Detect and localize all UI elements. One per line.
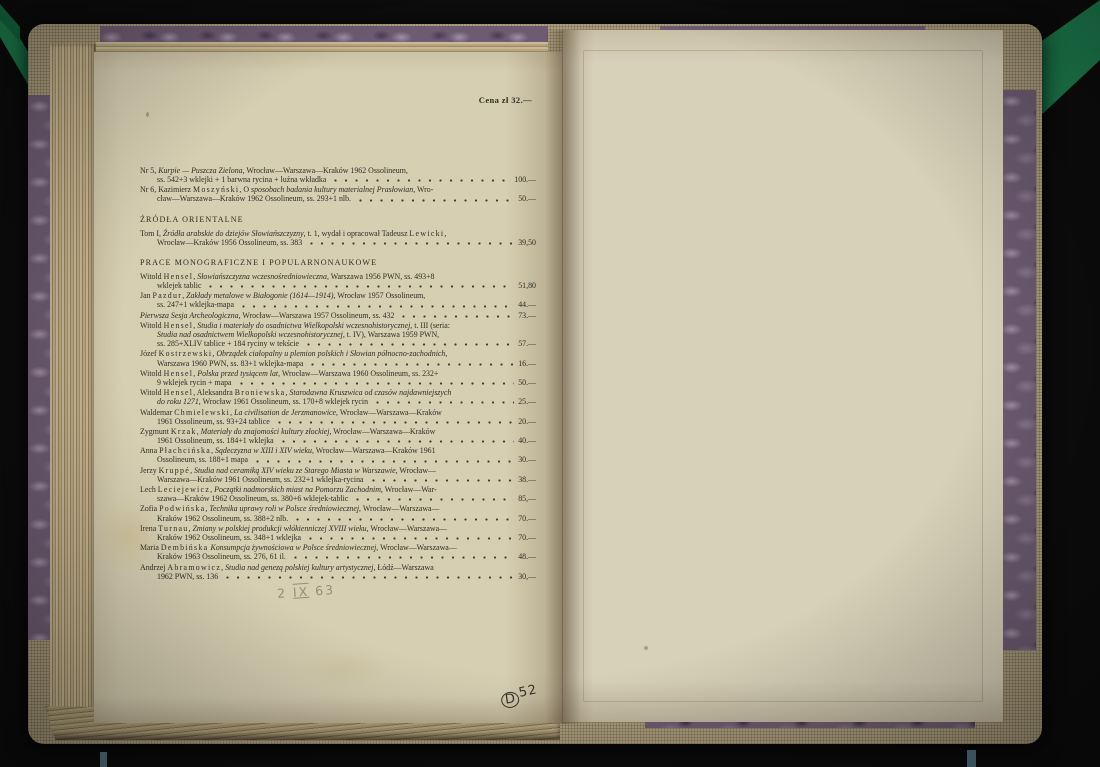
entry-text: Jan [140,291,153,300]
entry-price-line: Kraków 1962 Ossolineum, ss. 348+1 wklejk… [140,533,536,542]
entry-text: Witold [140,321,164,330]
entry-price-line: 1961 Ossolineum, ss. 93+24 tablice20.— [140,417,536,426]
inventory-letter-circled: D [500,691,520,709]
work-title-text: Starodawna Kruszwica od czasów najdawnie… [289,388,451,397]
right-cover-marbled-edge [1000,90,1036,650]
photo-backdrop: Cena zł 32.— Nr 5, Kurpie — Puszcza Ziel… [0,0,1100,767]
foxing-speck [644,646,648,650]
dot-leader [240,382,515,385]
foxing-speck [146,112,149,117]
dot-leader [278,421,515,424]
entry-text: , t. 1, wydał i opracował Tadeusz [304,229,410,238]
entry-line: Witold Hensel, Polska przed tysiącem lat… [140,369,536,378]
entry-text: Broniewska [235,388,286,397]
entry-text: Ossolineum, ss. 188+1 mapa [157,455,248,464]
entry-text: Jerzy [140,466,159,475]
entry-text: , Wro- [413,185,433,194]
price-value: 57.— [518,339,536,348]
entry-text: Hensel [164,321,194,330]
dot-leader [209,285,514,288]
catalog-entry: Witold Hensel, Słowiańszczyzna wczesnośr… [140,272,536,290]
entry-text: , Wrocław—Warszawa—Kraków 1961 [312,446,436,455]
entry-price-line: 1962 PWN, ss. 13630,— [140,572,536,581]
price-value: 44.— [518,300,536,309]
entry-text: , Wrocław—Warszawa— [367,524,447,533]
entry-text: Hensel [164,388,194,397]
entry-text: Abramowicz [167,563,221,572]
entry-price-line: Warszawa 1960 PWN, ss. 83+1 wklejka-mapa… [140,359,536,368]
entry-text: Leciejewicz [158,485,210,494]
entry-text: Nr 5, [140,166,158,175]
entry-line: Anna Płachcińska, Sądeczyzna w XIII i XI… [140,446,536,455]
work-title-text: Materiały do znajomości kultury złockiej [201,427,330,436]
entry-line: Jan Pazdur, Zakłady metalowe w Białogoni… [140,291,536,300]
price-value: 100.— [514,175,536,184]
entry-text: ss. 542+3 wklejki + 1 barwna rycina + lu… [157,175,326,184]
price-value: 51,80 [518,281,536,290]
catalog-entry: Irena Turnau, Zmiany w polskiej produkcj… [140,524,536,542]
price-value: 39,50 [518,238,536,247]
dot-leader [242,305,514,308]
entry-text: , Wrocław—Warszawa—Kraków [330,427,436,436]
work-title-text: Źródła arabskie do dziejów Słowiańszczyz… [163,229,304,238]
entry-text: , Wrocław—Warszawa 1960 Ossolineum, ss. … [278,369,438,378]
dot-leader [307,343,514,346]
entry-line: Studia nad osadnictwem Wielkopolski wcze… [140,330,536,339]
entry-text: , [444,229,446,238]
entry-text: Hensel [164,369,194,378]
work-title-text: do roku 1271 [157,397,199,406]
entry-line: Zofia Podwińska, Technika uprawy roli w … [140,504,536,513]
work-title-text: Sądeczyzna w XIII i XIV wieku [215,446,312,455]
dot-leader [226,576,514,579]
entry-price-line: ss. 285+XLIV tablice + 184 ryciny w tekś… [140,339,536,348]
mounting-tab-right [967,750,976,767]
entry-text: Turnau [158,524,188,533]
catalog-entry: Zofia Podwińska, Technika uprawy roli w … [140,504,536,522]
dot-leader [294,556,514,559]
catalog-entry: Lech Leciejewicz, Początki nadmorskich m… [140,485,536,503]
entry-text: Płachcińska [159,446,211,455]
entry-text: Kraków 1962 Ossolineum, ss. 388+2 nlb. [157,514,288,523]
price-value: 30,— [518,572,536,581]
right-page-endpaper [563,30,1003,722]
entry-text: Anna [140,446,159,455]
work-title-text: Studia nad ceramiką XIV wieku ze Starego… [194,466,396,475]
price-value: 30.— [518,455,536,464]
entry-price-line: Wrocław—Kraków 1956 Ossolineum, ss. 3833… [140,238,536,247]
entry-price-line: do roku 1271, Wrocław 1961 Ossolineum, s… [140,397,536,406]
work-title-text: Zmiany w polskiej produkcji włókiennicze… [192,524,366,533]
entry-text: Józef [140,349,159,358]
entry-text: ss. 285+XLIV tablice + 184 ryciny w tekś… [157,339,299,348]
catalog-entry: Pierwsza Sesja Archeologiczna, Wrocław—W… [140,311,536,320]
catalog-entry: Anna Płachcińska, Sądeczyzna w XIII i XI… [140,446,536,464]
entry-price-line: ss. 542+3 wklejki + 1 barwna rycina + lu… [140,175,536,184]
entry-text: , Łódź—Warszawa [373,563,433,572]
entry-text: Warszawa—Kraków 1961 Ossolineum, ss. 232… [157,475,364,484]
date-day: 2 [277,585,288,601]
entry-text: , Aleksandra [193,388,234,397]
price-value: 16.— [518,359,536,368]
cover-price-note: Cena zł 32.— [140,95,532,105]
entry-text: , O [239,185,251,194]
entry-text: , Wrocław 1957 Ossolineum, [333,291,425,300]
price-value: 50.— [518,194,536,203]
entry-line: Tom I, Źródła arabskie do dziejów Słowia… [140,229,536,238]
entry-text: wklejek tablic [157,281,201,290]
work-title-text: Polska przed tysiącem lat [197,369,278,378]
entry-price-line: Warszawa—Kraków 1961 Ossolineum, ss. 232… [140,475,536,484]
entry-line: Nr 6, Kazimierz Moszyński, O sposobach b… [140,185,536,194]
dot-leader [311,363,514,366]
catalog-entry: Witold Hensel, Polska przed tysiącem lat… [140,369,536,387]
price-value: 48.— [518,552,536,561]
catalog-entry: Jerzy Kruppé, Studia nad ceramiką XIV wi… [140,466,536,484]
entry-text: , Wrocław—Warszawa—Kraków [336,408,442,417]
work-title-text: Zakłady metalowe w Białogonie (1614—1914… [186,291,333,300]
entry-price-line: wklejek tablic51,80 [140,281,536,290]
entry-text: ss. 247+1 wklejka-mapa [157,300,234,309]
price-value: 70.— [518,533,536,542]
entry-text: Witold [140,369,164,378]
price-value: 20.— [518,417,536,426]
price-value: 73.— [518,311,536,320]
entry-text: 1961 Ossolineum, ss. 184+1 wklejka [157,436,274,445]
work-title-text: Pierwsza Sesja Archeologiczna [140,311,239,320]
entry-text: Kraków 1962 Ossolineum, ss. 348+1 wklejk… [157,533,301,542]
entry-text: , t. IV), Warszawa 1959 PWN, [343,330,439,339]
page-stack-fore-edge [50,44,96,722]
dot-leader [296,518,514,521]
work-title-text: Kurpie — Puszcza Zielona [158,166,242,175]
date-month-roman: IX [292,584,309,600]
entry-line: Józef Kostrzewski, Obrządek ciałopalny u… [140,349,536,358]
entry-price-line: szawa—Kraków 1962 Ossolineum, ss. 380+6 … [140,494,536,503]
entry-line: Maria Dembińska Konsumpcja żywnościowa w… [140,543,536,552]
entry-text: , Wrocław—Warszawa—Kraków 1962 Ossolineu… [243,166,408,175]
catalog-entry: Nr 6, Kazimierz Moszyński, O sposobach b… [140,185,536,203]
catalog-entry: Tom I, Źródła arabskie do dziejów Słowia… [140,229,536,247]
entry-text: 9 wklejek rycin + mapa [157,378,232,387]
work-title-text: Początki nadmorskich miast na Pomorzu Za… [214,485,381,494]
work-title-text: Technika uprawy roli w Polsce średniowie… [209,504,359,513]
entry-line: Irena Turnau, Zmiany w polskiej produkcj… [140,524,536,533]
entry-text: Lewicki [409,229,444,238]
paper-stain [300,648,390,688]
entry-text: Waldemar [140,408,174,417]
work-title-text: Studia nad genezą polskiej kultury artys… [225,563,373,572]
entry-text: Dembińska [161,543,209,552]
entry-text: Witold [140,272,164,281]
entry-text: Pazdur [153,291,183,300]
entry-line: Andrzej Abramowicz, Studia nad genezą po… [140,563,536,572]
dot-leader [372,479,515,482]
catalog-entry: Jan Pazdur, Zakłady metalowe w Białogoni… [140,291,536,309]
entry-text: , t. III (seria: [410,321,450,330]
entry-text: Kostrzewski [159,349,213,358]
price-value: 25.— [518,397,536,406]
entry-text: , Wrocław—War- [381,485,437,494]
entry-price-line: Kraków 1962 Ossolineum, ss. 388+2 nlb.70… [140,514,536,523]
entry-text: Tom I, [140,229,163,238]
price-value: 38.— [518,475,536,484]
entry-text: szawa—Kraków 1962 Ossolineum, ss. 380+6 … [157,494,348,503]
entry-text: , Wrocław 1961 Ossolineum, ss. 170+8 wkl… [199,397,368,406]
entry-text: Moszyński [193,185,239,194]
dot-leader [359,199,514,202]
entry-text: Nr 6, Kazimierz [140,185,193,194]
left-cover-marbled-edge [28,95,50,640]
endpaper-emboss-border [583,50,983,702]
dot-leader [310,242,514,245]
section-heading: PRACE MONOGRAFICZNE I POPULARNONAUKOWE [140,258,536,267]
entry-text: 1962 PWN, ss. 136 [157,572,218,581]
entry-text: Hensel [164,272,194,281]
entry-text: Krzak [171,427,197,436]
entry-price-line: cław—Warszawa—Kraków 1962 Ossolineum, ss… [140,194,536,203]
entry-text: Zygmunt [140,427,171,436]
entry-text: Warszawa 1960 PWN, ss. 83+1 wklejka-mapa [157,359,303,368]
entry-text: Wrocław—Kraków 1956 Ossolineum, ss. 383 [157,238,302,247]
entry-text: , Wrocław—Warszawa— [376,543,456,552]
catalog-entry: Witold Hensel, Studia i materiały do osa… [140,321,536,348]
dot-leader [356,498,514,501]
book-cradle-strap-right [1036,0,1100,125]
work-title-text: Studia nad osadnictwem Wielkopolski wcze… [157,330,343,339]
dot-leader [402,315,514,318]
work-title-text: Studia i materiały do osadnictwa Wielkop… [197,321,410,330]
catalog-entry: Zygmunt Krzak, Materiały do znajomości k… [140,427,536,445]
price-value: 40.— [518,436,536,445]
entry-line: Nr 5, Kurpie — Puszcza Zielona, Wrocław—… [140,166,536,175]
catalog-entry: Nr 5, Kurpie — Puszcza Zielona, Wrocław—… [140,166,536,184]
entry-line: Witold Hensel, Słowiańszczyzna wczesnośr… [140,272,536,281]
publication-catalog-list: Nr 5, Kurpie — Puszcza Zielona, Wrocław—… [140,166,536,582]
entry-line: Zygmunt Krzak, Materiały do znajomości k… [140,427,536,436]
entry-text: Lech [140,485,158,494]
entry-text: Kruppé [159,466,190,475]
dot-leader [309,537,514,540]
work-title-text: Konsumpcja żywnościowa w Polsce średniow… [210,543,376,552]
entry-text: , Wrocław— [396,466,436,475]
entry-line: Witold Hensel, Studia i materiały do osa… [140,321,536,330]
entry-price-line: Kraków 1963 Ossolineum, ss. 276, 61 il.4… [140,552,536,561]
entry-text: Kraków 1963 Ossolineum, ss. 276, 61 il. [157,552,286,561]
price-value: 85,— [518,494,536,503]
date-year: 63 [315,582,336,598]
entry-line: Lech Leciejewicz, Początki nadmorskich m… [140,485,536,494]
entry-price-line: ss. 247+1 wklejka-mapa44.— [140,300,536,309]
catalog-entry: Waldemar Chmielewski, La civilisation de… [140,408,536,426]
dot-leader [376,401,514,404]
mounting-tab-left [100,752,107,767]
catalog-entry: Józef Kostrzewski, Obrządek ciałopalny u… [140,349,536,367]
catalog-entry: Maria Dembińska Konsumpcja żywnościowa w… [140,543,536,561]
entry-text: Chmielewski [174,408,230,417]
dot-leader [334,179,510,182]
entry-line: Waldemar Chmielewski, La civilisation de… [140,408,536,417]
work-title-text: Słowiańszczyzna wczesnośredniowieczna [197,272,327,281]
entry-price-line: 1961 Ossolineum, ss. 184+1 wklejka40.— [140,436,536,445]
entry-text: , Wrocław—Warszawa 1957 Ossolineum, ss. … [239,311,395,320]
entry-text: , [445,349,447,358]
inventory-number: 52 [517,682,538,701]
work-title-text: La civilisation de Jerzmanowice [234,408,336,417]
entry-text: Witold [140,388,164,397]
entry-text: Podwińska [159,504,205,513]
entry-text: , Wrocław—Warszawa— [359,504,439,513]
price-value: 70.— [518,514,536,523]
paper-stain [98,498,160,572]
dot-leader [256,460,514,463]
catalog-entry: Witold Hensel, Aleksandra Broniewska, St… [140,388,536,406]
entry-price-line: Ossolineum, ss. 188+1 mapa30.— [140,455,536,464]
dot-leader [282,440,515,443]
catalog-entry: Andrzej Abramowicz, Studia nad genezą po… [140,563,536,581]
section-heading: ŹRÓDŁA ORIENTALNE [140,215,536,224]
price-value: 50.— [518,378,536,387]
work-title-text: sposobach badania kultury materialnej Pr… [251,185,413,194]
entry-price-line: 9 wklejek rycin + mapa50.— [140,378,536,387]
work-title-text: Obrządek ciałopalny u plemion polskich i… [216,349,445,358]
entry-text: , Warszawa 1956 PWN, ss. 493+8 [327,272,435,281]
entry-price-line: Pierwsza Sesja Archeologiczna, Wrocław—W… [140,311,536,320]
entry-text: cław—Warszawa—Kraków 1962 Ossolineum, ss… [157,194,351,203]
entry-line: Witold Hensel, Aleksandra Broniewska, St… [140,388,536,397]
entry-line: Jerzy Kruppé, Studia nad ceramiką XIV wi… [140,466,536,475]
entry-text: 1961 Ossolineum, ss. 93+24 tablice [157,417,270,426]
